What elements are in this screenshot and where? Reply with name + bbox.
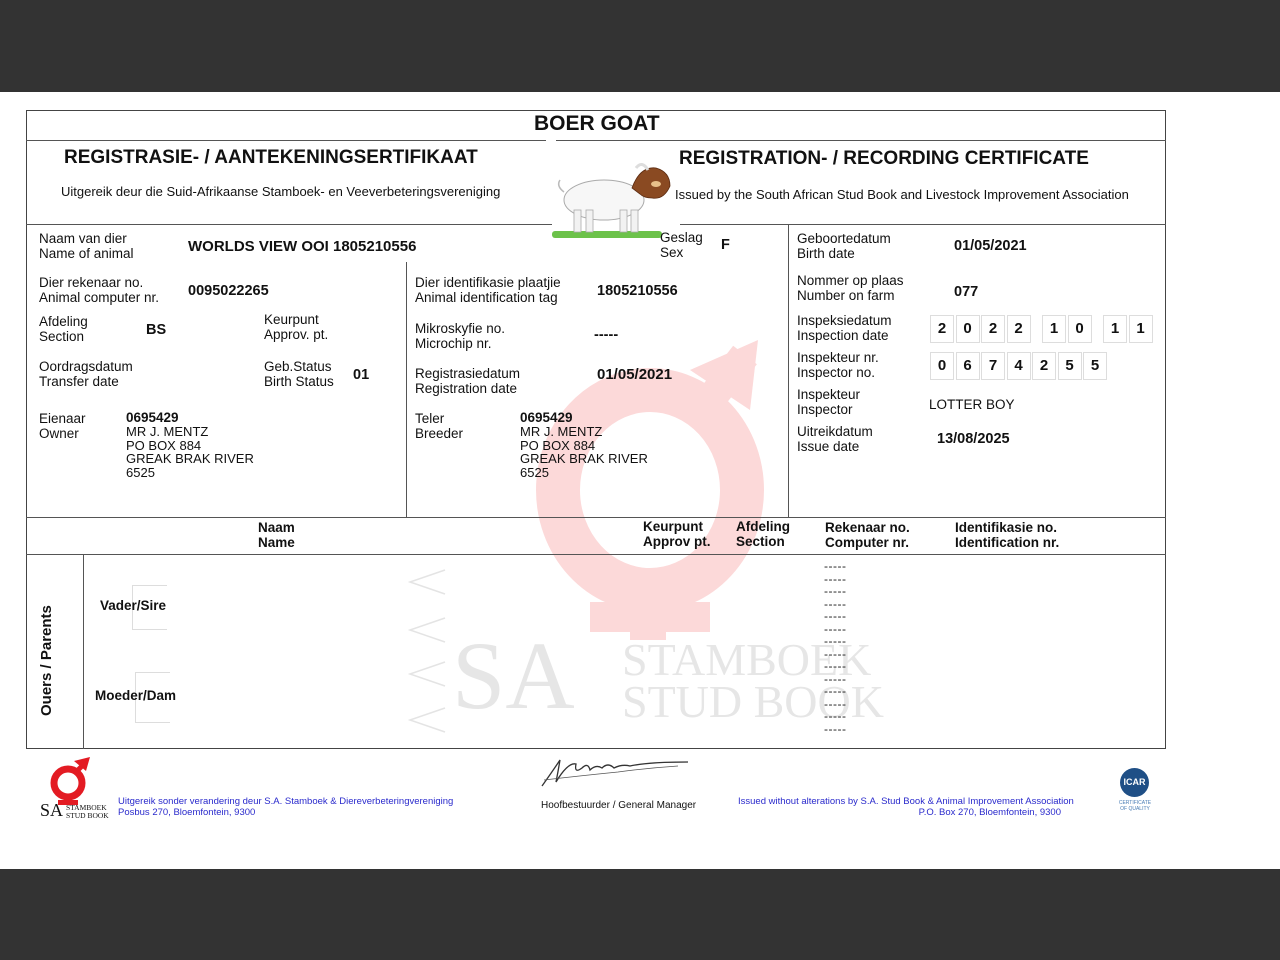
id-tag-label: Dier identifikasie plaatjieAnimal identi…	[415, 275, 561, 305]
footer-afrikaans: Uitgereik sonder verandering deur S.A. S…	[118, 796, 453, 818]
digit-box: 0	[930, 352, 954, 380]
title-afrikaans: REGISTRASIE- / AANTEKENINGSERTIFIKAAT	[64, 147, 478, 169]
pedigree-computer-nr: -----	[824, 723, 846, 736]
digit-box: 5	[1083, 352, 1107, 380]
registration-date-value: 01/05/2021	[597, 366, 672, 383]
digit-box: 2	[1032, 352, 1056, 380]
pedigree-computer-nr: -----	[824, 610, 846, 623]
inspector-nr-label: Inspekteur nr.Inspector no.	[797, 350, 879, 380]
col-header-identification: Identifikasie no.Identification nr.	[955, 520, 1059, 550]
pedigree-computer-nr: -----	[824, 585, 846, 598]
birth-date-label: GeboortedatumBirth date	[797, 231, 891, 261]
id-tag-value: 1805210556	[597, 283, 678, 299]
sex-label: GeslagSex	[660, 230, 703, 260]
col-header-approv: KeurpuntApprov pt.	[643, 519, 711, 549]
footer-logo-text: STAMBOEKSTUD BOOK	[66, 804, 109, 820]
digit-box: 1	[1103, 315, 1127, 343]
signature-icon	[538, 752, 698, 790]
owner-number: 0695429	[126, 410, 254, 425]
icar-badge-icon: ICAR	[1120, 768, 1149, 797]
footer-logo-sa: SA	[40, 801, 63, 819]
digit-box: 5	[1058, 352, 1082, 380]
col-header-section: AfdelingSection	[736, 519, 790, 549]
owner-block: 0695429 MR J. MENTZ PO BOX 884 GREAK BRA…	[126, 410, 254, 479]
sex-value: F	[721, 237, 730, 253]
owner-line: PO BOX 884	[126, 439, 254, 453]
birth-date-value: 01/05/2021	[954, 238, 1027, 254]
name-label: Naam van dierName of animal	[39, 231, 134, 261]
digit-box: 2	[981, 315, 1005, 343]
parents-side-label: Ouers / Parents	[38, 605, 55, 716]
title-english: REGISTRATION- / RECORDING CERTIFICATE	[679, 148, 1089, 170]
inspector-name: LOTTER BOY	[929, 397, 1015, 412]
owner-line: GREAK BRAK RIVER	[126, 452, 254, 466]
digit-box: 1	[1129, 315, 1153, 343]
bottom-dark-band	[0, 869, 1280, 960]
pedigree-computer-nr: -----	[824, 710, 846, 723]
inspection-date-label: InspeksiedatumInspection date	[797, 313, 892, 343]
transfer-date-label: OordragsdatumTransfer date	[39, 359, 133, 389]
section-value: BS	[146, 322, 166, 338]
dam-label: Moeder/Dam	[95, 688, 176, 703]
breeder-label: TelerBreeder	[415, 411, 463, 441]
computer-nr-label: Dier rekenaar no.Animal computer nr.	[39, 275, 159, 305]
breeder-number: 0695429	[520, 410, 648, 425]
digit-box: 1	[1042, 315, 1066, 343]
sire-label: Vader/Sire	[100, 598, 166, 613]
digit-box: 0	[1068, 315, 1092, 343]
pedigree-computer-nr: -----	[824, 685, 846, 698]
icar-caption: CERTIFICATEOF QUALITY	[1116, 800, 1154, 812]
animal-name: WORLDS VIEW OOI 1805210556	[188, 238, 416, 255]
registration-date-label: RegistrasiedatumRegistration date	[415, 366, 520, 396]
microchip-label: Mikroskyfie no.Microchip nr.	[415, 321, 505, 351]
digit-box: 0	[956, 315, 980, 343]
approv-pt-label: KeurpuntApprov. pt.	[264, 312, 328, 342]
digit-box: 2	[930, 315, 954, 343]
digit-box: 2	[1007, 315, 1031, 343]
breeder-line: MR J. MENTZ	[520, 425, 648, 439]
inspector-label: InspekteurInspector	[797, 387, 860, 417]
section-label: AfdelingSection	[39, 314, 88, 344]
breeder-line: GREAK BRAK RIVER	[520, 452, 648, 466]
farm-nr-label: Nommer op plaasNumber on farm	[797, 273, 904, 303]
pedigree-computer-nr: -----	[824, 560, 846, 573]
top-dark-band	[0, 0, 1280, 92]
pedigree-computer-nr: -----	[824, 660, 846, 673]
issue-date-value: 13/08/2025	[937, 431, 1010, 447]
issue-date-label: UitreikdatumIssue date	[797, 424, 873, 454]
breeder-block: 0695429 MR J. MENTZ PO BOX 884 GREAK BRA…	[520, 410, 648, 479]
pedigree-computer-nrs: ----------------------------------------…	[824, 560, 846, 735]
computer-nr-value: 0095022265	[188, 283, 269, 299]
subtitle-afrikaans: Uitgereik deur die Suid-Afrikaanse Stamb…	[61, 184, 500, 199]
birth-status-value: 01	[353, 367, 369, 383]
owner-line: 6525	[126, 466, 254, 480]
digit-box: 6	[956, 352, 980, 380]
microchip-value: -----	[594, 327, 618, 343]
pedigree-computer-nr: -----	[824, 635, 846, 648]
subtitle-english: Issued by the South African Stud Book an…	[675, 187, 1129, 202]
boer-goat-illustration-icon	[552, 158, 682, 240]
col-header-name: NaamName	[258, 520, 295, 550]
breed-title: BOER GOAT	[534, 112, 660, 136]
signature-caption: Hoofbestuurder / General Manager	[541, 800, 696, 811]
footer-english: Issued without alterations by S.A. Stud …	[738, 796, 1061, 818]
breeder-line: 6525	[520, 466, 648, 480]
owner-line: MR J. MENTZ	[126, 425, 254, 439]
farm-nr-value: 077	[954, 284, 978, 300]
digit-box: 4	[1007, 352, 1031, 380]
birth-status-label: Geb.StatusBirth Status	[264, 359, 334, 389]
col-header-computer: Rekenaar no.Computer nr.	[825, 520, 910, 550]
digit-box: 7	[981, 352, 1005, 380]
breeder-line: PO BOX 884	[520, 439, 648, 453]
owner-label: EienaarOwner	[39, 411, 86, 441]
